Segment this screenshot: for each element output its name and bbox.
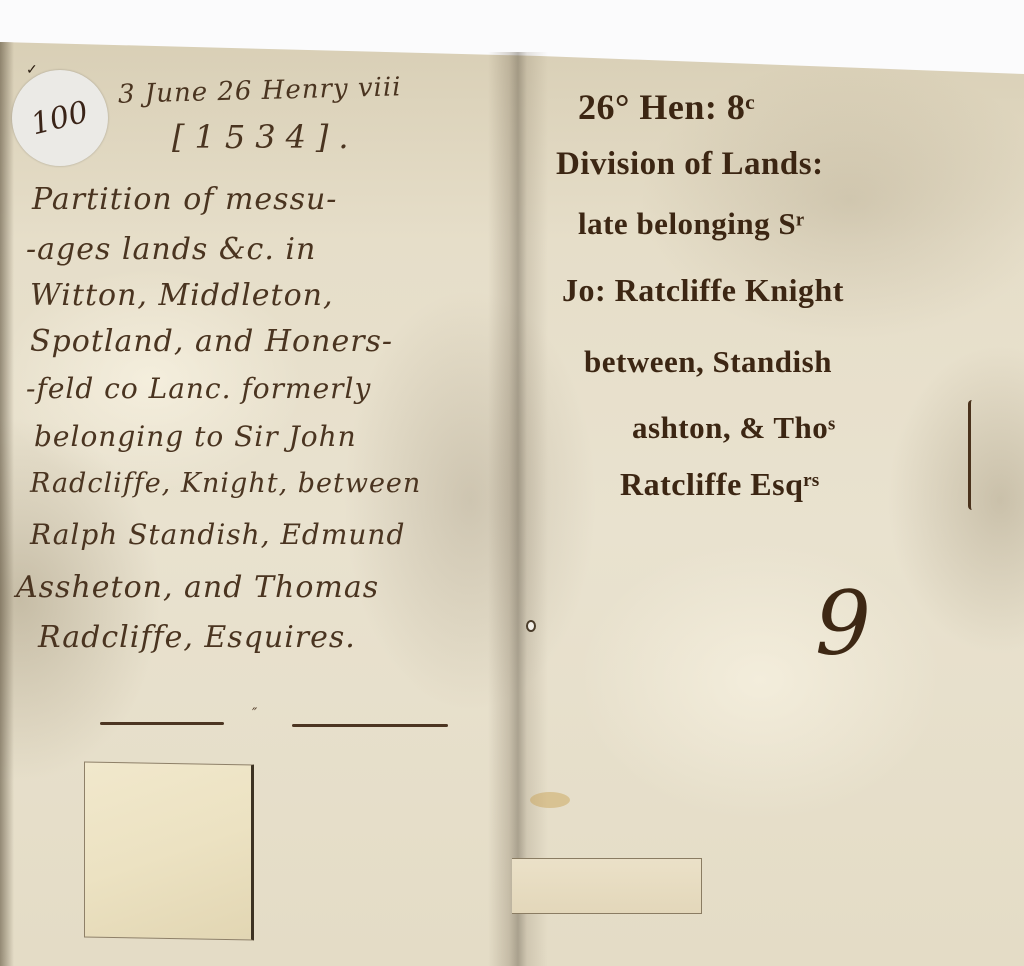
endorsement-line-4: Spotland, and Honers- <box>30 324 393 359</box>
endorsement-line-8: Ralph Standish, Edmund <box>30 518 405 551</box>
endorsement-line-10: Radcliffe, Esquires. <box>38 620 356 655</box>
endorsement-line-6: belonging to Sir John <box>34 420 357 453</box>
seal-tag-right <box>512 858 702 914</box>
endorsement-line-5: -feld co Lanc. formerly <box>26 372 371 405</box>
catalogue-number-label: 100 <box>12 70 108 166</box>
regnal-year: 26° Hen: 8ᶜ <box>578 86 755 128</box>
right-line-3: late belonging Sʳ <box>578 206 805 242</box>
bracket-mark <box>968 400 976 510</box>
right-line-2: Division of Lands: <box>556 146 824 183</box>
endorsement-line-9: Assheton, and Thomas <box>16 570 379 605</box>
right-line-6: ashton, & Thoˢ <box>632 410 836 446</box>
bundle-number: 9 <box>815 572 871 675</box>
endorsement-line-3: Witton, Middleton, <box>30 278 334 313</box>
fold-hole <box>526 620 536 632</box>
center-fold <box>488 52 548 966</box>
seal-tag-left <box>84 762 254 941</box>
right-line-7: Ratcliffe Esqʳˢ <box>620 466 819 503</box>
endorsement-line-7: Radcliffe, Knight, between <box>30 468 421 499</box>
endorsement-line-1: Partition of messu- <box>32 182 337 217</box>
endorsement-line-2: -ages lands &c. in <box>26 232 316 267</box>
rule-left <box>100 722 224 725</box>
right-line-4: Jo: Ratcliffe Knight <box>562 272 844 309</box>
document-scan: ✓ 100 3 June 26 Henry viii [1534]. Parti… <box>0 0 1024 966</box>
rule-mark: ″ <box>252 706 257 722</box>
stain <box>530 792 570 808</box>
rule-right <box>292 724 448 727</box>
year-line: [1534]. <box>172 118 359 156</box>
parchment-left-edge-shadow <box>0 42 14 966</box>
right-line-5: between, Standish <box>584 344 832 380</box>
catalogue-number: 100 <box>28 94 92 142</box>
